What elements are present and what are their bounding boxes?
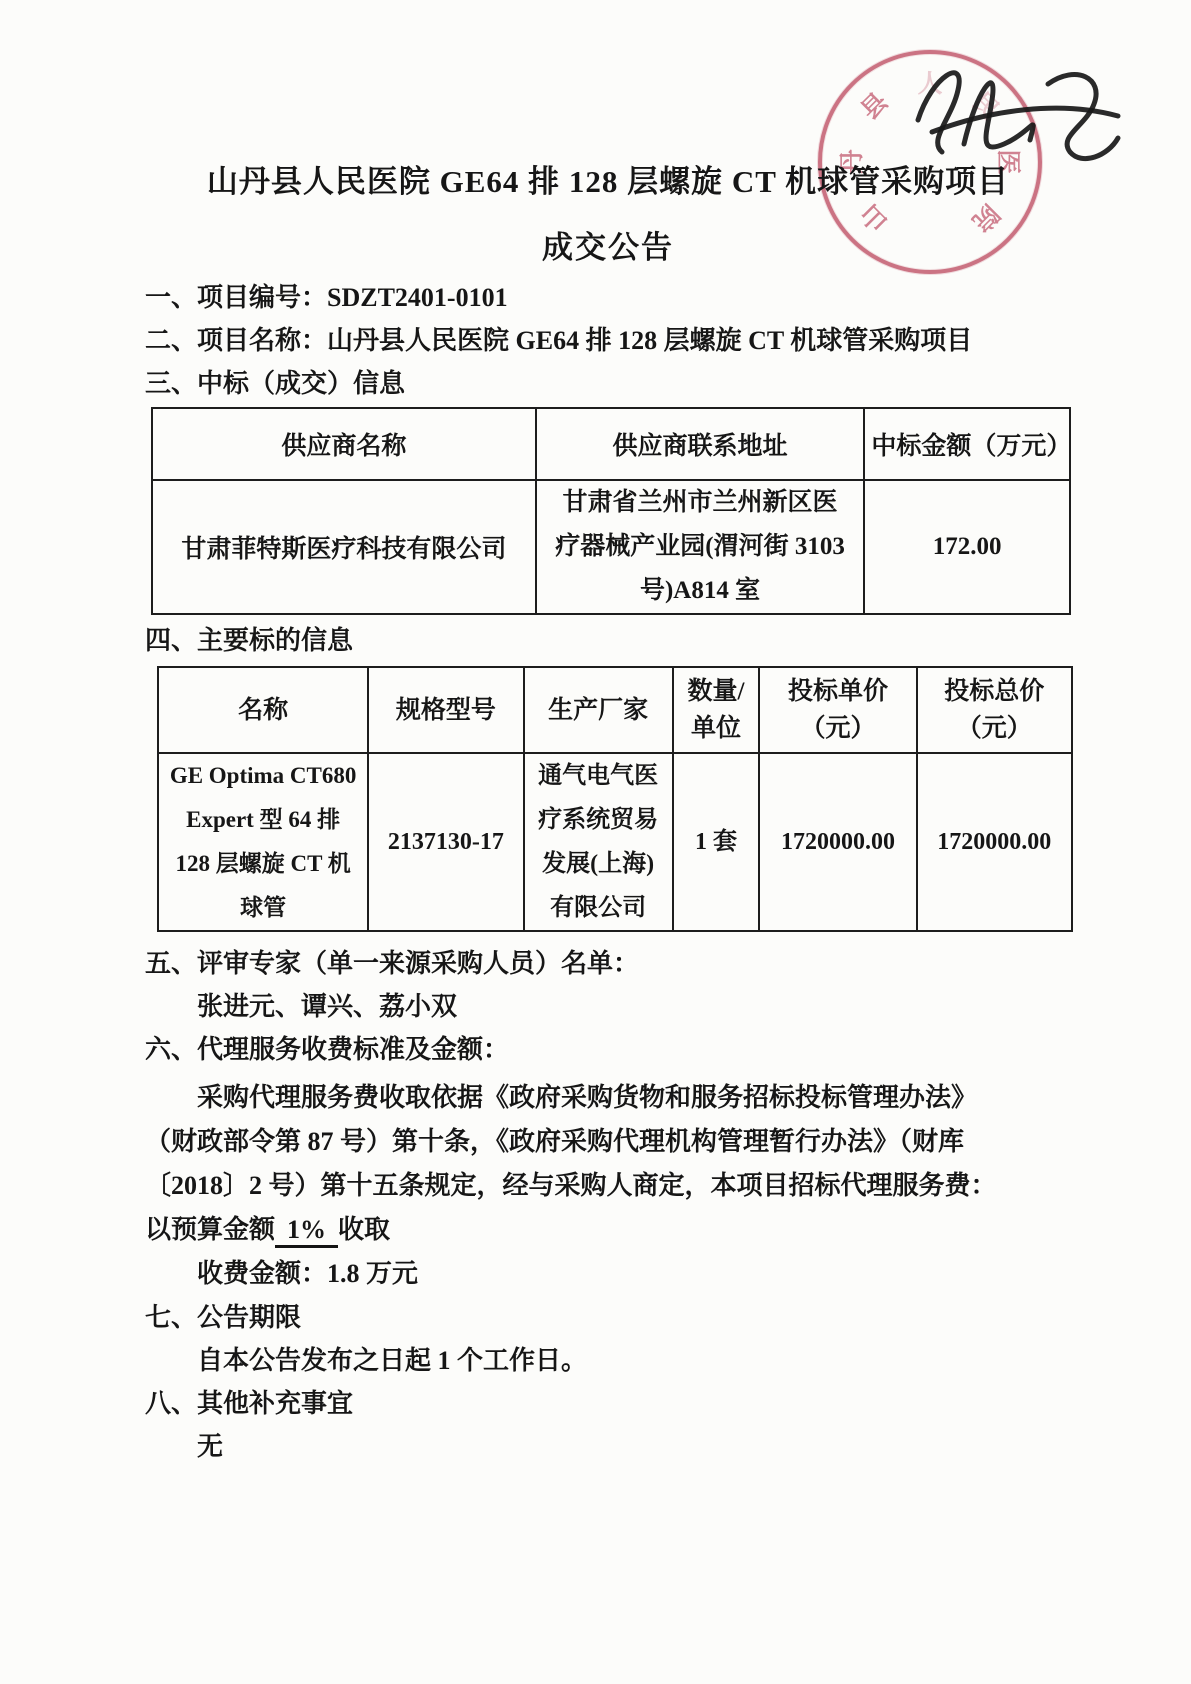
- section-4-heading: 四、主要标的信息: [145, 619, 1071, 662]
- total-price-cell: 1720000.00: [917, 753, 1072, 931]
- fee-rate-suffix: 收取: [338, 1215, 390, 1244]
- expert-names: 张进元、谭兴、荔小双: [145, 985, 1071, 1028]
- total-price-header-line2: （元）: [924, 710, 1065, 747]
- model-cell: 2137130-17: [368, 753, 523, 931]
- agency-fee-line-2: （财政部令第 87 号）第十条，《政府采购代理机构管理暂行办法》（财库: [145, 1120, 1071, 1164]
- agency-fee-paragraph: 采购代理服务费收取依据《政府采购货物和服务招标投标管理办法》 （财政部令第 87…: [145, 1076, 1071, 1296]
- unit-price-header: 投标单价（元）: [759, 667, 916, 753]
- announcement-period-body: 自本公告发布之日起 1 个工作日。: [145, 1339, 1071, 1382]
- award-table-header-row: 供应商名称 供应商联系地址 中标金额（万元）: [152, 408, 1070, 480]
- unit-price-cell: 1720000.00: [759, 753, 916, 931]
- agency-fee-line-3: 〔2018〕2 号）第十五条规定，经与采购人商定，本项目招标代理服务费：: [145, 1164, 1071, 1208]
- subject-info-table: 名称 规格型号 生产厂家 数量/单位 投标单价（元） 投标总价（元） GE Op…: [157, 666, 1073, 932]
- award-amount-header: 中标金额（万元）: [864, 408, 1070, 480]
- item-name-header: 名称: [158, 667, 368, 753]
- project-number-label: 一、项目编号：: [145, 283, 327, 312]
- award-amount-cell: 172.00: [864, 480, 1070, 614]
- section-3-heading: 三、中标（成交）信息: [145, 362, 1071, 405]
- agency-fee-line-1: 采购代理服务费收取依据《政府采购货物和服务招标投标管理办法》: [145, 1076, 1071, 1120]
- model-header: 规格型号: [368, 667, 523, 753]
- unit-price-header-line2: （元）: [766, 710, 909, 747]
- quantity-unit-header-line1: 数量/: [680, 673, 753, 710]
- item-name-cell: GE Optima CT680 Expert 型 64 排 128 层螺旋 CT…: [158, 753, 368, 931]
- award-table-row: 甘肃菲特斯医疗科技有限公司 甘肃省兰州市兰州新区医疗器械产业园(渭河街 3103…: [152, 480, 1070, 614]
- document-title: 山丹县人民医院 GE64 排 128 层螺旋 CT 机球管采购项目: [145, 162, 1071, 202]
- fee-rate-line: 以预算金额1%收取: [145, 1208, 1071, 1252]
- fee-amount-line: 收费金额：1.8 万元: [145, 1252, 1071, 1296]
- quantity-cell: 1 套: [673, 753, 760, 931]
- project-name-value: 山丹县人民医院 GE64 排 128 层螺旋 CT 机球管采购项目: [327, 326, 972, 355]
- quantity-unit-header-line2: 单位: [680, 710, 753, 747]
- subject-table-header-row: 名称 规格型号 生产厂家 数量/单位 投标单价（元） 投标总价（元）: [158, 667, 1072, 753]
- project-name-label: 二、项目名称：: [145, 326, 327, 355]
- manufacturer-header: 生产厂家: [524, 667, 673, 753]
- fee-rate-percent: 1%: [275, 1215, 338, 1248]
- section-7-heading: 七、公告期限: [145, 1296, 1071, 1339]
- document-body: 山丹县人民医院 GE64 排 128 层螺旋 CT 机球管采购项目 成交公告 一…: [145, 150, 1071, 1468]
- section-2-project-name: 二、项目名称：山丹县人民医院 GE64 排 128 层螺旋 CT 机球管采购项目: [145, 319, 1071, 362]
- section-8-heading: 八、其他补充事宜: [145, 1382, 1071, 1425]
- supplementary-body: 无: [145, 1425, 1071, 1468]
- section-6-heading: 六、代理服务收费标准及金额：: [145, 1028, 1071, 1071]
- subject-table-row: GE Optima CT680 Expert 型 64 排 128 层螺旋 CT…: [158, 753, 1072, 931]
- supplier-address-cell: 甘肃省兰州市兰州新区医疗器械产业园(渭河街 3103 号)A814 室: [536, 480, 865, 614]
- section-5-heading: 五、评审专家（单一来源采购人员）名单：: [145, 942, 1071, 985]
- document-subtitle: 成交公告: [145, 228, 1071, 268]
- document-page: 山 丹 县 人 民 医 院 山丹县人民医院 GE64 排 128 层螺旋 CT …: [0, 0, 1191, 1684]
- manufacturer-cell: 通气电气医疗系统贸易发展(上海)有限公司: [524, 753, 673, 931]
- unit-price-header-line1: 投标单价: [766, 673, 909, 710]
- award-info-table: 供应商名称 供应商联系地址 中标金额（万元） 甘肃菲特斯医疗科技有限公司 甘肃省…: [151, 407, 1071, 615]
- total-price-header: 投标总价（元）: [917, 667, 1072, 753]
- total-price-header-line1: 投标总价: [924, 673, 1065, 710]
- supplier-name-cell: 甘肃菲特斯医疗科技有限公司: [152, 480, 536, 614]
- supplier-address-header: 供应商联系地址: [536, 408, 865, 480]
- fee-rate-prefix: 以预算金额: [145, 1215, 275, 1244]
- section-1-project-number: 一、项目编号：SDZT2401-0101: [145, 276, 1071, 319]
- quantity-unit-header: 数量/单位: [673, 667, 760, 753]
- project-number-value: SDZT2401-0101: [327, 283, 508, 312]
- supplier-name-header: 供应商名称: [152, 408, 536, 480]
